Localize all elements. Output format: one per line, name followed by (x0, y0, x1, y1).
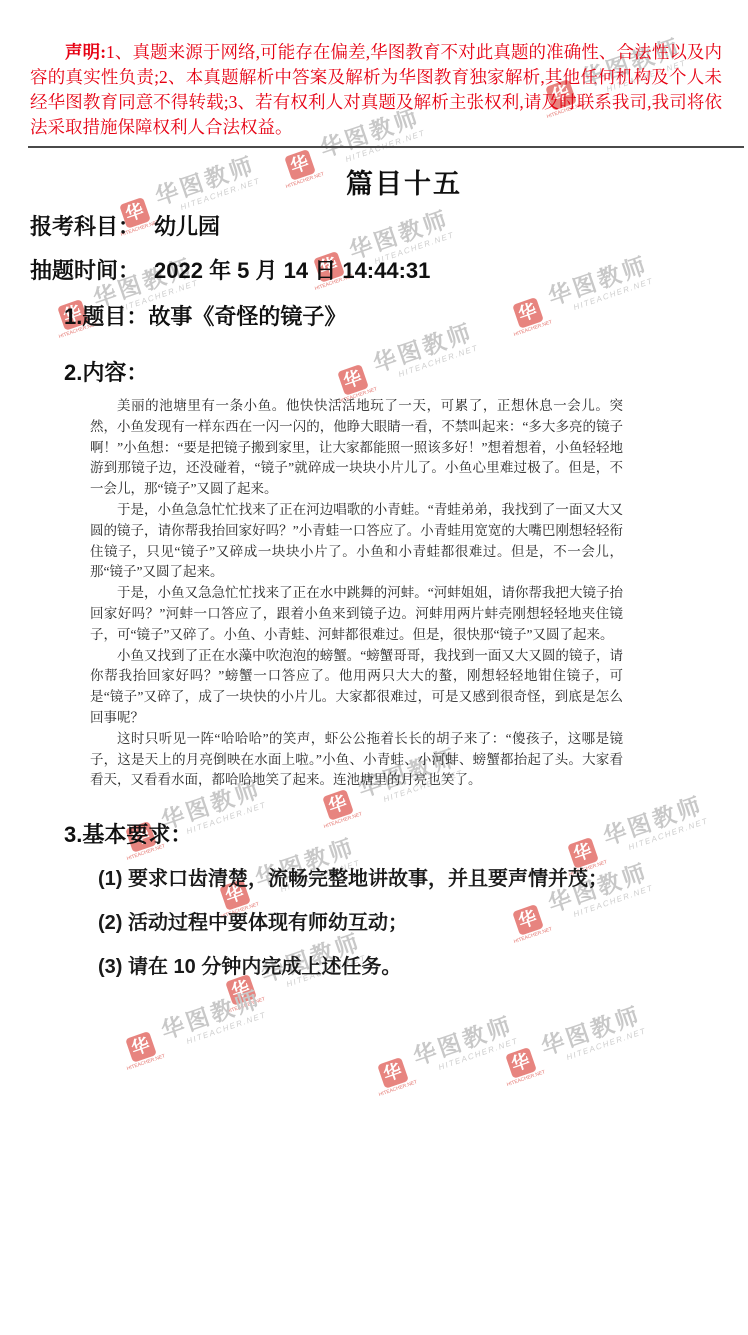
content-heading: 2.内容： (64, 356, 148, 387)
draw-time-value: 2022 年 5 月 14 日 14:44:31 (154, 258, 430, 283)
requirements-list: (1) 要求口齿清楚，流畅完整地讲故事，并且要声情并茂； (2) 活动过程中要体… (98, 866, 608, 998)
subject-value: 幼儿园 (154, 214, 220, 239)
question-heading: 1.题目：故事《奇怪的镜子》 (64, 300, 346, 331)
story-paragraph: 美丽的池塘里有一条小鱼。他快快活活地玩了一天，可累了，正想休息一会儿。突然，小鱼… (90, 396, 623, 500)
document-page: { "disclaimer": { "bold": "声明:", "text":… (0, 0, 748, 1335)
story-text-block: 美丽的池塘里有一条小鱼。他快快活活地玩了一天，可累了，正想休息一会儿。突然，小鱼… (90, 396, 623, 791)
requirement-item: (2) 活动过程中要体现有师幼互动； (98, 910, 608, 937)
subject-label: 报考科目： (30, 214, 140, 239)
exam-document: 声明:1、真题来源于网络,可能存在偏差,华图教育不对此真题的准确性、合法性以及内… (0, 0, 748, 1335)
draw-time-label: 抽题时间： (30, 258, 140, 283)
disclaimer-text: 声明:1、真题来源于网络,可能存在偏差,华图教育不对此真题的准确性、合法性以及内… (30, 40, 722, 140)
requirements-heading: 3.基本要求： (64, 818, 192, 849)
header-divider-line (28, 146, 744, 148)
story-paragraph: 于是，小鱼急急忙忙找来了正在河边唱歌的小青蛙。“青蛙弟弟，我找到了一面又大又圆的… (90, 500, 623, 583)
draw-time-row: 抽题时间：2022 年 5 月 14 日 14:44:31 (30, 254, 430, 285)
story-paragraph: 这时只听见一阵“哈哈哈”的笑声，虾公公拖着长长的胡子来了：“傻孩子，这哪是镜子，… (90, 729, 623, 791)
requirement-item: (3) 请在 10 分钟内完成上述任务。 (98, 954, 608, 981)
disclaimer-label: 声明: (65, 42, 106, 62)
requirement-item: (1) 要求口齿清楚，流畅完整地讲故事，并且要声情并茂； (98, 866, 608, 893)
story-paragraph: 于是，小鱼又急急忙忙找来了正在水中跳舞的河蚌。“河蚌姐姐，请你帮我把大镜子抬回家… (90, 583, 623, 645)
story-paragraph: 小鱼又找到了正在水藻中吹泡泡的螃蟹。“螃蟹哥哥，我找到一面又大又圆的镜子，请你帮… (90, 646, 623, 729)
page-title: 篇目十五 (346, 162, 462, 201)
subject-row: 报考科目：幼儿园 (30, 210, 220, 241)
disclaimer-body: 1、真题来源于网络,可能存在偏差,华图教育不对此真题的准确性、合法性以及内容的真… (30, 42, 722, 137)
